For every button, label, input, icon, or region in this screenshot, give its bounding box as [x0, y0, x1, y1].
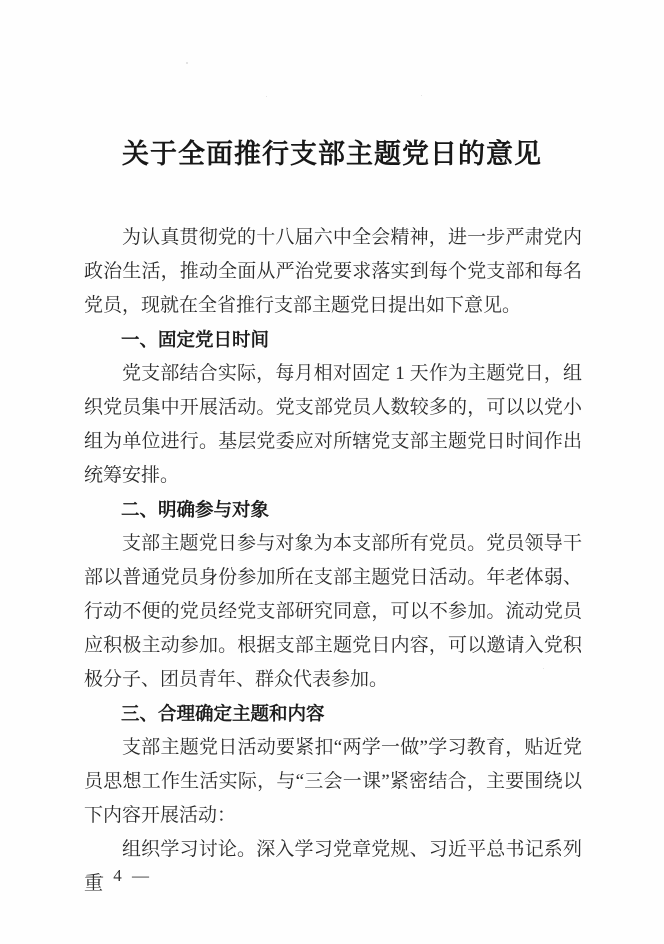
page-number: — 4 —	[86, 866, 152, 886]
scan-speck	[266, 96, 267, 97]
document-body: 为认真贯彻党的十八届六中全会精神，进一步严肃党内政治生活，推动全面从严治党要求落…	[84, 221, 582, 901]
paragraph: 为认真贯彻党的十八届六中全会精神，进一步严肃党内政治生活，推动全面从严治党要求落…	[84, 221, 582, 323]
scan-speck	[186, 62, 188, 64]
document-title: 关于全面推行支部主题党日的意见	[0, 0, 664, 171]
paragraph: 支部主题党日参与对象为本支部所有党员。党员领导干部以普通党员身份参加所在支部主题…	[84, 527, 582, 697]
paragraph: 支部主题党日活动要紧扣“两学一做”学习教育，贴近党员思想工作生活实际，与“三会一…	[84, 731, 582, 833]
section-heading: 一、固定党日时间	[84, 323, 582, 357]
section-heading: 三、合理确定主题和内容	[84, 697, 582, 731]
document-page: 关于全面推行支部主题党日的意见 为认真贯彻党的十八届六中全会精神，进一步严肃党内…	[0, 0, 664, 944]
paragraph: 组织学习讨论。深入学习党章党规、习近平总书记系列重	[84, 833, 582, 901]
section-heading: 二、明确参与对象	[84, 493, 582, 527]
paragraph: 党支部结合实际，每月相对固定 1 天作为主题党日，组织党员集中开展活动。党支部党…	[84, 357, 582, 493]
scan-speck	[543, 668, 544, 669]
scan-speck	[421, 95, 422, 96]
